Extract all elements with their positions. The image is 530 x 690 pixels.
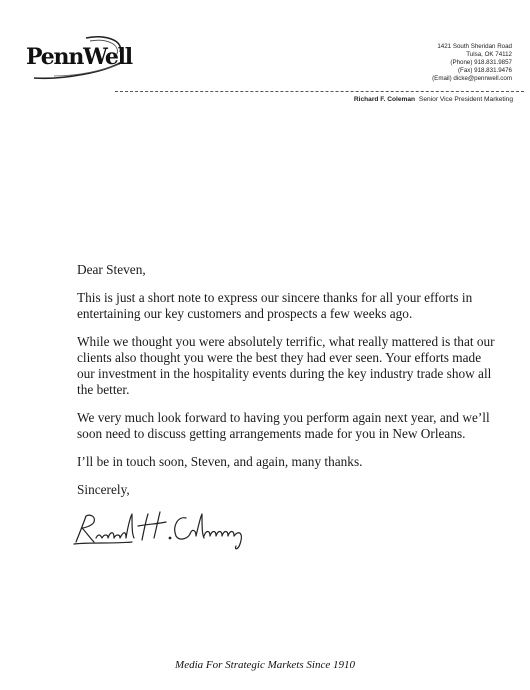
address-city: Tulsa, OK 74112 xyxy=(432,51,512,59)
company-address: 1421 South Sheridan Road Tulsa, OK 74112… xyxy=(432,43,512,83)
address-phone: (Phone) 918.831.9857 xyxy=(432,59,512,67)
sender-title: Senior Vice President Marketing xyxy=(419,96,513,103)
paragraph-4: I’ll be in touch soon, Steven, and again… xyxy=(77,454,497,470)
sender-line: Richard F. Coleman Senior Vice President… xyxy=(354,96,513,103)
closing: Sincerely, xyxy=(77,482,497,498)
letter-body: Dear Steven, This is just a short note t… xyxy=(77,262,497,510)
company-logo: PennWell xyxy=(24,32,136,82)
header-divider xyxy=(115,91,524,92)
footer-tagline: Media For Strategic Markets Since 1910 xyxy=(0,659,530,671)
paragraph-1: This is just a short note to express our… xyxy=(77,290,497,322)
company-name: PennWell xyxy=(26,44,132,70)
address-email: (Email) dicke@pennwell.com xyxy=(432,75,512,83)
sender-name: Richard F. Coleman xyxy=(354,96,415,103)
signature-icon xyxy=(72,508,252,552)
address-fax: (Fax) 918.831.9476 xyxy=(432,67,512,75)
paragraph-2: While we thought you were absolutely ter… xyxy=(77,334,497,398)
paragraph-3: We very much look forward to having you … xyxy=(77,410,497,442)
salutation: Dear Steven, xyxy=(77,262,497,278)
address-street: 1421 South Sheridan Road xyxy=(432,43,512,51)
